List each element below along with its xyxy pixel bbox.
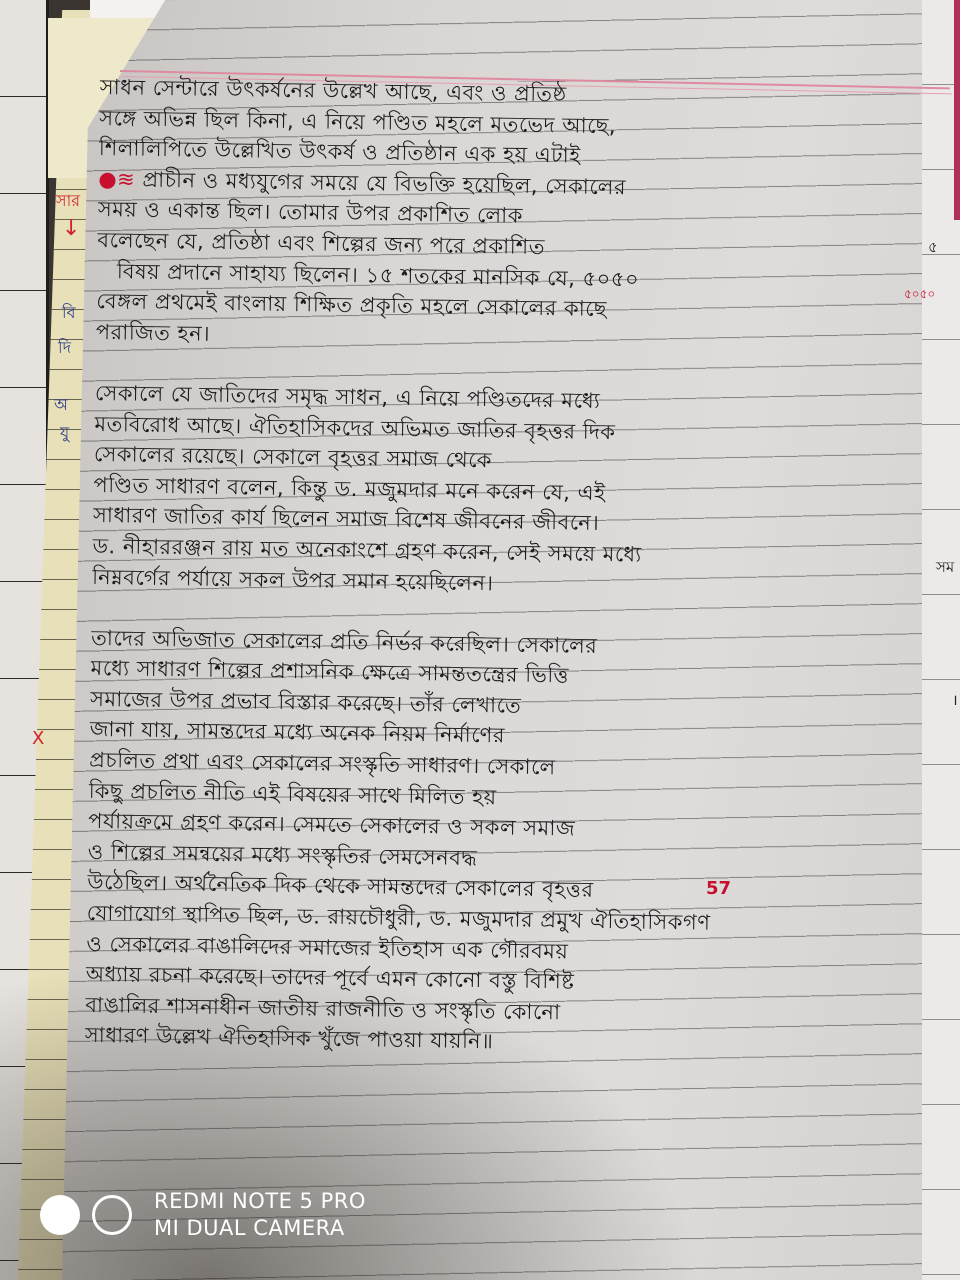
margin-note: সার [56, 188, 80, 215]
margin-note: বি [62, 300, 75, 327]
watermark-device: REDMI NOTE 5 PRO [154, 1188, 366, 1215]
ring-circle-icon [92, 1195, 132, 1235]
camera-watermark: REDMI NOTE 5 PRO MI DUAL CAMERA [40, 1188, 366, 1242]
filled-circle-icon [40, 1195, 80, 1235]
red-annotation: 57 [706, 878, 731, 899]
pink-cover-edge [954, 0, 960, 220]
notebook-photo: সার ↓ বি দি অ যু X ৫ সম । সাধন সেন্টারে … [0, 0, 960, 1280]
down-arrow-icon: ↓ [62, 216, 80, 241]
right-margin-note: । [952, 690, 958, 710]
margin-note: অ [54, 392, 68, 419]
margin-note: দি [58, 335, 71, 362]
paragraph-2: সেকালে যে জাতিদের সমৃদ্ধ সাধন, এ নিয়ে প… [92, 378, 925, 605]
right-margin-note: সম [936, 556, 954, 581]
paragraph-1: সাধন সেন্টারে উৎকর্ষনের উল্লেখ আছে, এবং … [96, 72, 930, 360]
handwritten-text: সাধন সেন্টারে উৎকর্ষনের উল্লেখ আছে, এবং … [85, 72, 930, 1064]
red-annotation: ৫০৫০ [904, 286, 935, 306]
red-circled-scribble: ●≋ [98, 167, 142, 192]
x-mark-icon: X [32, 728, 44, 749]
watermark-text: REDMI NOTE 5 PRO MI DUAL CAMERA [154, 1188, 366, 1242]
margin-note: যু [60, 420, 69, 447]
right-margin-note: ৫ [928, 236, 938, 261]
watermark-camera: MI DUAL CAMERA [154, 1215, 366, 1242]
